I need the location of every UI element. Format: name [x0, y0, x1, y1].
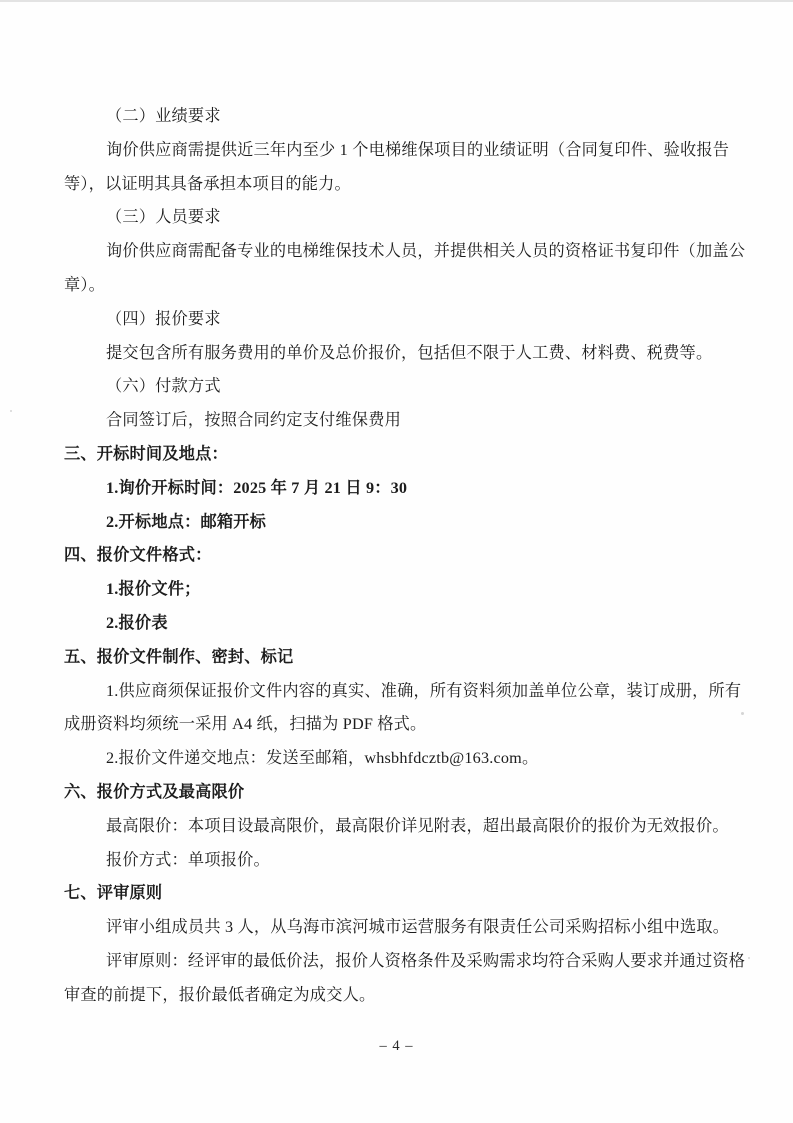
- para-preparation-line2: 成册资料均须统一采用 A4 纸，扫描为 PDF 格式。: [64, 708, 721, 742]
- para-review-principle-line1: 评审原则：经评审的最低价法，报价人资格条件及采购需求均符合采购人要求并通过资格: [64, 945, 721, 979]
- item-quotation-document: 1.报价文件；: [64, 573, 721, 607]
- para-quotation: 提交包含所有服务费用的单价及总价报价，包括但不限于人工费、材料费、税费等。: [64, 337, 721, 371]
- item-quotation-form: 2.报价表: [64, 607, 721, 641]
- para-personnel-line1: 询价供应商需配备专业的电梯维保技术人员，并提供相关人员的资格证书复印件（加盖公: [64, 235, 721, 269]
- section-heading-bid-opening: 三、开标时间及地点：: [64, 438, 721, 472]
- scan-speck: [10, 410, 12, 412]
- subheading-performance: （二）业绩要求: [64, 100, 721, 134]
- page-number: – 4 –: [0, 1038, 793, 1055]
- para-preparation-line1: 1.供应商须保证报价文件内容的真实、准确，所有资料须加盖单位公章，装订成册，所有: [64, 675, 721, 709]
- section-heading-doc-format: 四、报价文件格式：: [64, 539, 721, 573]
- scan-edge-artifact: [0, 0, 793, 2]
- item-bid-opening-place: 2.开标地点：邮箱开标: [64, 506, 721, 540]
- section-heading-pricing: 六、报价方式及最高限价: [64, 776, 721, 810]
- para-payment: 合同签订后，按照合同约定支付维保费用: [64, 404, 721, 438]
- para-review-principle-line2: 审查的前提下，报价最低者确定为成交人。: [64, 979, 721, 1013]
- para-submission-address: 2.报价文件递交地点：发送至邮箱，whsbhfdcztb@163.com。: [64, 742, 721, 776]
- section-heading-review: 七、评审原则: [64, 877, 721, 911]
- para-quote-method: 报价方式：单项报价。: [64, 844, 721, 878]
- para-personnel-line2: 章）。: [64, 269, 721, 303]
- subheading-personnel: （三）人员要求: [64, 201, 721, 235]
- document-page: （二）业绩要求 询价供应商需提供近三年内至少 1 个电梯维保项目的业绩证明（合同…: [0, 0, 793, 1123]
- section-heading-preparation: 五、报价文件制作、密封、标记: [64, 641, 721, 675]
- para-performance-line1: 询价供应商需提供近三年内至少 1 个电梯维保项目的业绩证明（合同复印件、验收报告: [64, 134, 721, 168]
- para-performance-line2: 等），以证明其具备承担本项目的能力。: [64, 168, 721, 202]
- scan-speck: [748, 957, 750, 959]
- subheading-quotation: （四）报价要求: [64, 303, 721, 337]
- scan-speck: [741, 712, 744, 715]
- subheading-payment: （六）付款方式: [64, 370, 721, 404]
- para-review-panel: 评审小组成员共 3 人，从乌海市滨河城市运营服务有限责任公司采购招标小组中选取。: [64, 911, 721, 945]
- item-bid-opening-time: 1.询价开标时间：2025 年 7 月 21 日 9：30: [64, 472, 721, 506]
- para-max-price: 最高限价：本项目设最高限价，最高限价详见附表，超出最高限价的报价为无效报价。: [64, 810, 721, 844]
